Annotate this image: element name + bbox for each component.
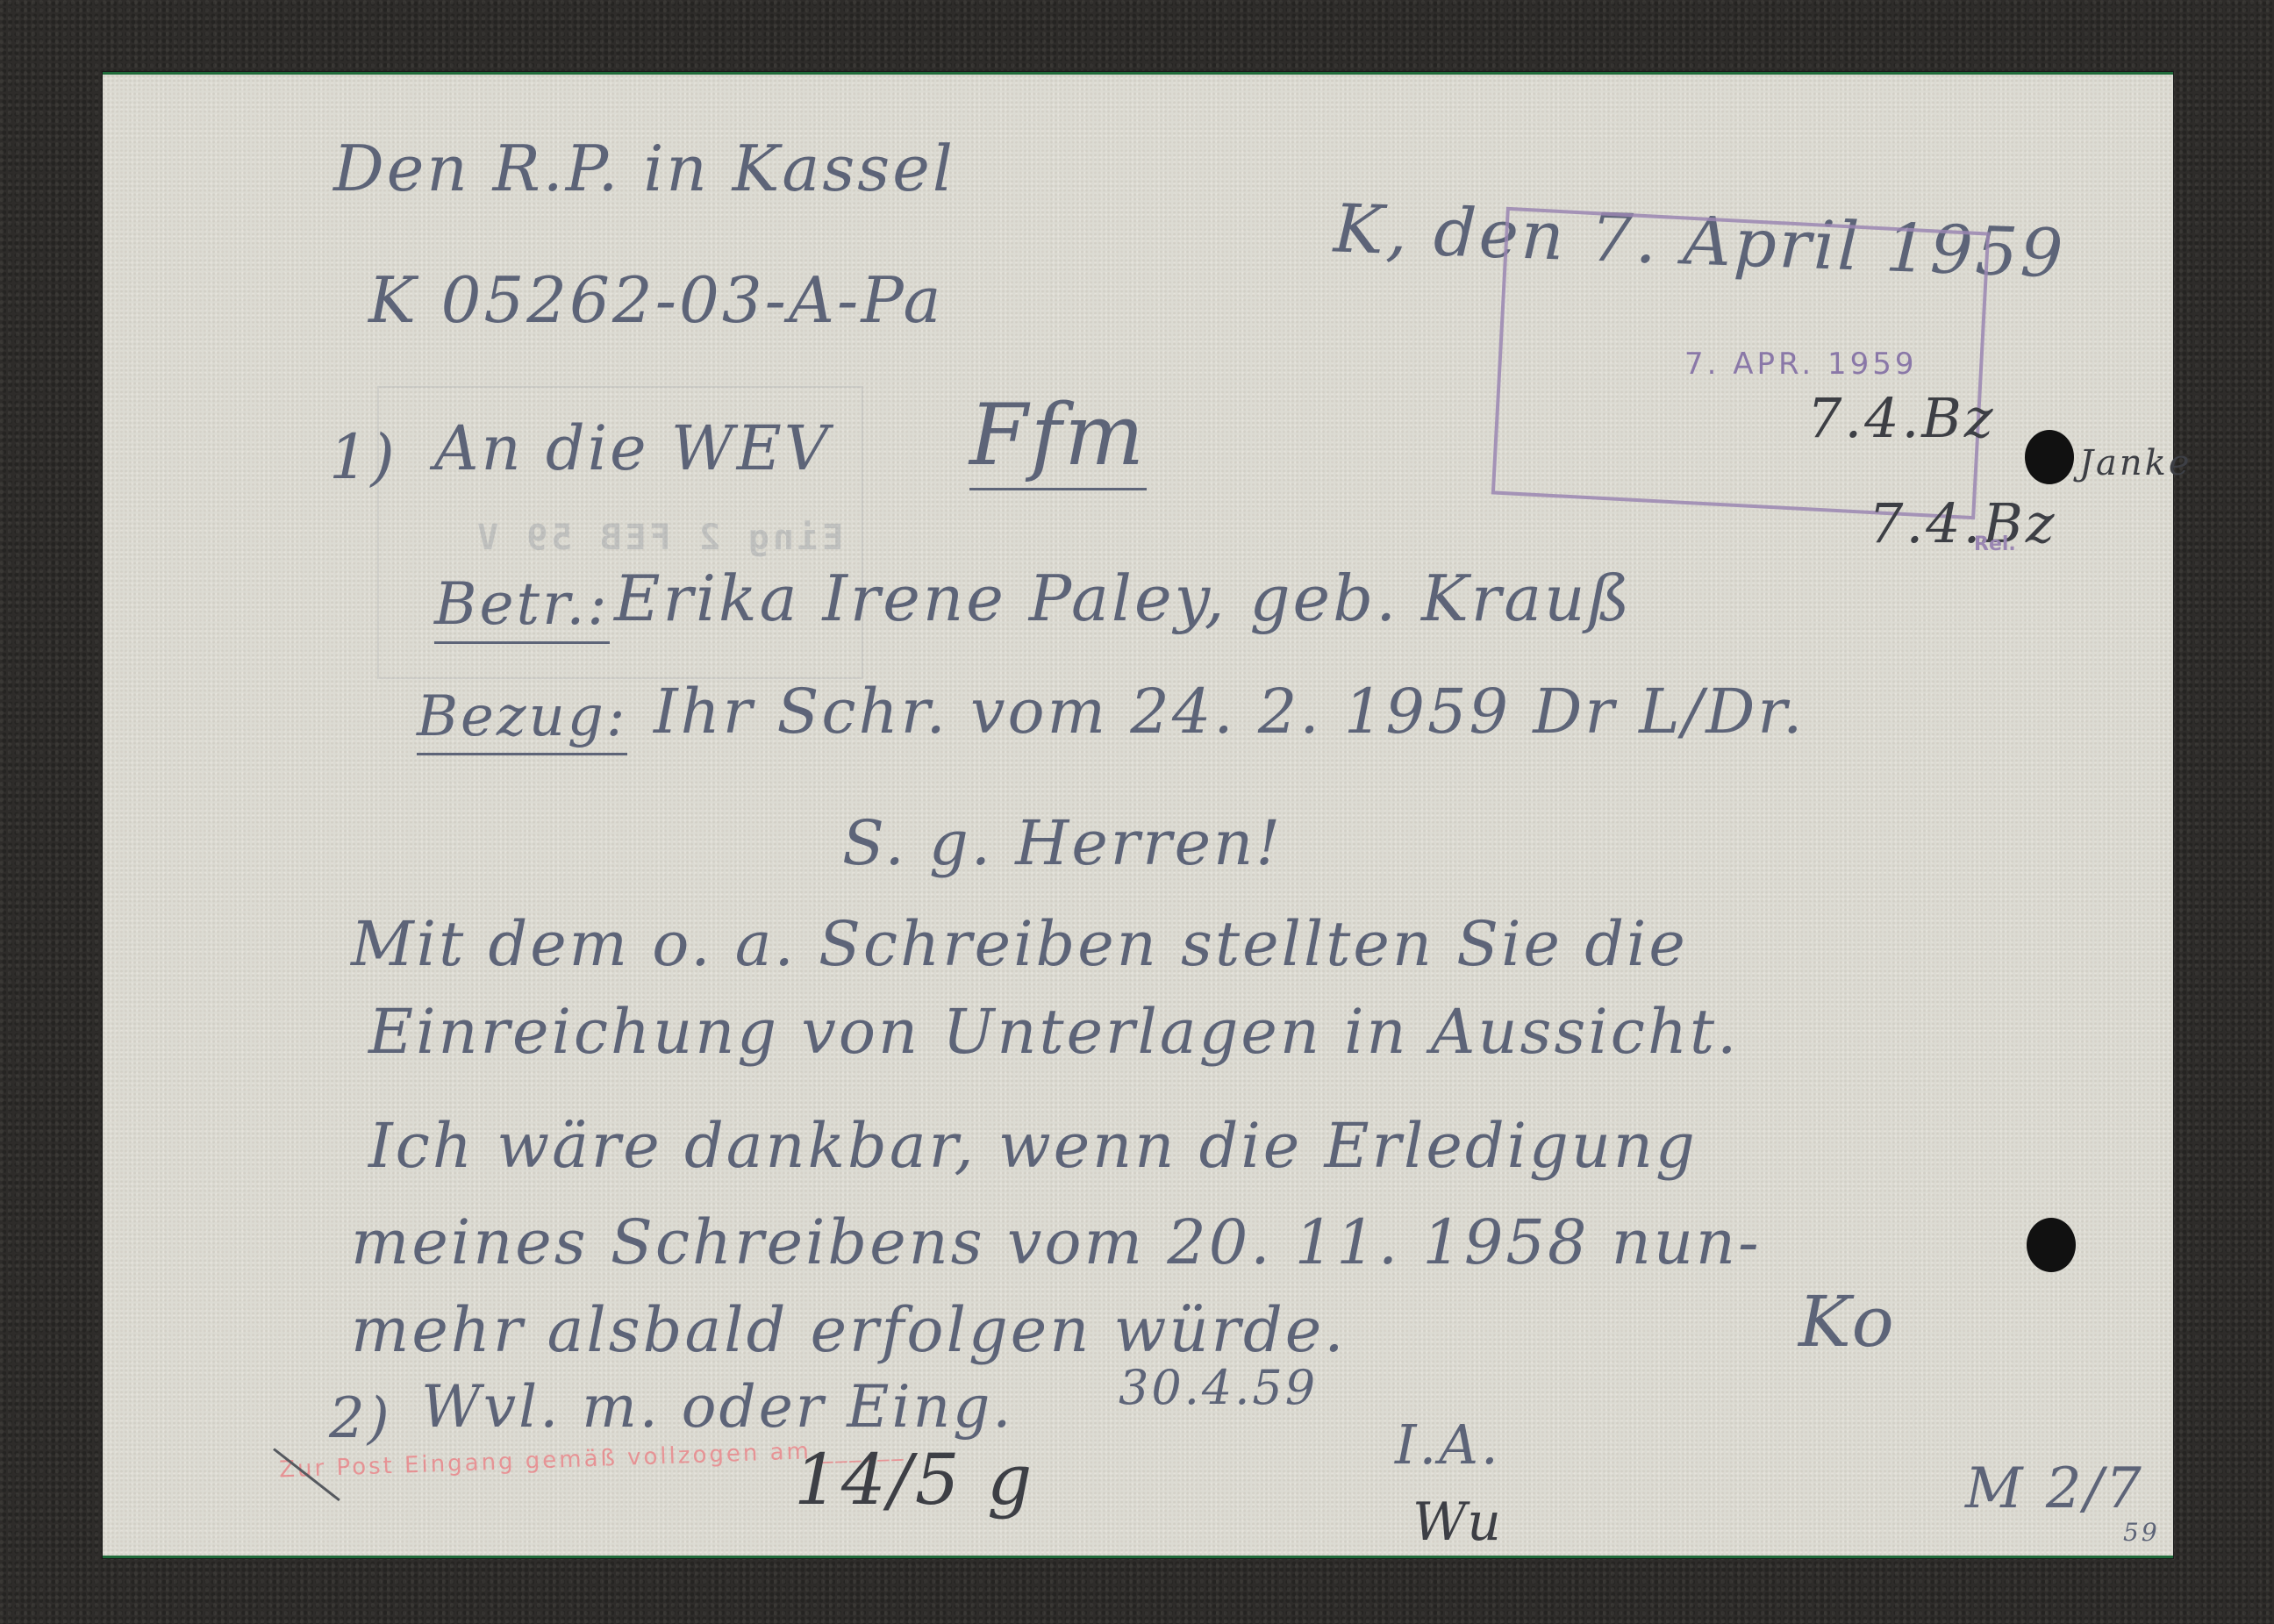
stamp-received-date: 7. APR. 1959 xyxy=(1684,347,1918,382)
stamp-mark: Rel. xyxy=(1974,533,2016,555)
signature-center: Wu xyxy=(1412,1492,1504,1553)
salutation: S. g. Herren! xyxy=(842,807,1283,879)
signature-right: M 2/7 xyxy=(1965,1456,2144,1521)
body-line-1: Mit dem o. a. Schreiben stellten Sie die xyxy=(351,908,1688,980)
body-line-2: Einreichung von Unterlagen in Aussicht. xyxy=(368,996,1739,1068)
body-line-4: meines Schreibens vom 20. 11. 1958 nun- xyxy=(351,1206,1762,1278)
addressee: Den R.P. in Kassel xyxy=(333,132,955,205)
betr-text: Erika Irene Paley, geb. Krauß xyxy=(614,562,1633,635)
item-2-text: Wvl. m. oder Eing. xyxy=(421,1373,1013,1441)
file-number: K 05262-03-A-Pa xyxy=(368,263,943,337)
item-1-label: 1) xyxy=(329,421,397,493)
ia-label: I.A. xyxy=(1395,1413,1501,1477)
item-1-text: An die WEV xyxy=(434,412,831,484)
stamp-side-note: Janke xyxy=(2079,443,2192,483)
punch-hole-bottom xyxy=(2027,1218,2076,1272)
stamp-note-1: 7.4.Bz xyxy=(1807,386,1996,450)
punch-hole-top xyxy=(2025,430,2074,484)
closing-initial: Ko xyxy=(1798,1281,1897,1363)
initial-left: 14/5 g xyxy=(794,1439,1034,1520)
item-1-signature: Ffm xyxy=(969,386,1147,490)
item-2-date: 30.4.59 xyxy=(1119,1360,1318,1415)
corner-note: 59 xyxy=(2123,1518,2160,1547)
stamp-note-2: 7.4.Bz xyxy=(1869,491,2057,555)
body-line-5: mehr alsbald erfolgen würde. xyxy=(351,1294,1346,1366)
item-2-label: 2) xyxy=(329,1386,392,1451)
betr-label: Betr.: xyxy=(434,570,610,644)
bezug-text: Ihr Schr. vom 24. 2. 1959 Dr L/Dr. xyxy=(654,676,1805,748)
bezug-label: Bezug: xyxy=(417,684,627,755)
body-line-3: Ich wäre dankbar, wenn die Erledigung xyxy=(368,1110,1698,1182)
ghost-stamp-text: Eing 2 FEB 59 V xyxy=(474,518,843,558)
